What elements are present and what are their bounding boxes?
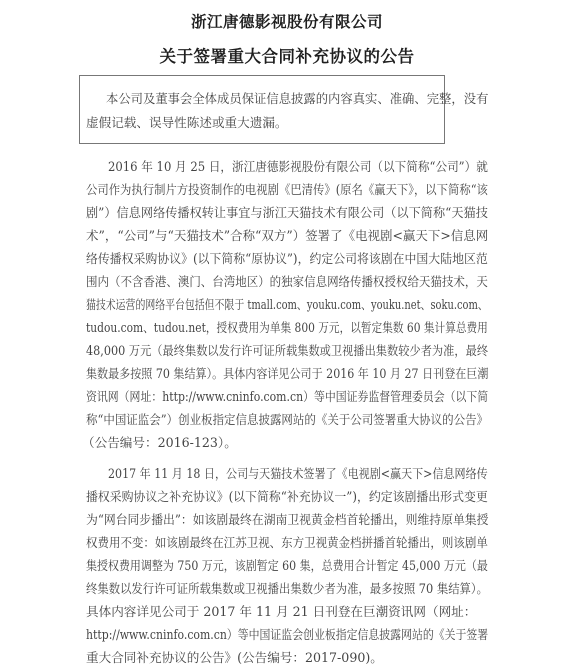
paragraph-2-line-2: 播权采购协议之补充协议》(以下简称“补充协议一”)，约定该剧播出形式变更	[86, 489, 488, 505]
paragraph-2-line-5: 集授权费用调整为 750 万元，该剧暂定 60 集，总费用合计暂定 45,000…	[86, 558, 488, 574]
paragraph-1-line-7: 猫技术运营的网络平台包括但不限于 tmall.com、youku.com、you…	[86, 297, 488, 313]
paragraph-1-line-8: tudou.com、tudou.net，授权费用为单集 800 万元，以暂定集数…	[86, 320, 488, 336]
company-title: 浙江唐德影视股份有限公司	[0, 10, 574, 32]
paragraph-1-line-2: 公司作为执行制片方投资制作的电视剧《巴清传》(原名《赢天下》，以下简称“该	[86, 182, 488, 198]
paragraph-2-line-1: 2017 年 11 月 18 日，公司与天猫技术签署了《电视剧<赢天下>信息网络…	[108, 466, 488, 482]
paragraph-2-line-9: 重大合同补充协议的公告》(公告编号：2017-090)。	[86, 650, 383, 666]
paragraph-1-line-11: 资讯网（网址：http://www.cninfo.com.cn）等中国证券监督管…	[86, 389, 488, 405]
paragraph-1-line-3: 剧”）信息网络传播权转让事宜与浙江天猫技术有限公司（以下简称“天猫技	[86, 205, 488, 221]
paragraph-2-line-7: 具体内容详见公司于 2017 年 11 月 21 日刊登在巨潮资讯网（网址：	[86, 604, 476, 620]
announcement-title: 关于签署重大合同补充协议的公告	[0, 43, 574, 67]
paragraph-2-line-4: 权费用不变：如该剧最终在江苏卫视、东方卫视黄金档拼播首轮播出，则该剧单	[86, 535, 488, 551]
paragraph-1-line-13: （公告编号：2016-123）。	[82, 435, 237, 451]
paragraph-2-line-6: 终集数以发行许可证所载集数或卫视播出集数少者为准，最多按照 70 集结算）。	[86, 581, 488, 597]
paragraph-1-line-1: 2016 年 10 月 25 日，浙江唐德影视股份有限公司（以下简称“公司”）就	[108, 159, 488, 175]
paragraph-1-line-9: 48,000 万元（最终集数以发行许可证所载集数或卫视播出集数较少者为准，最终	[86, 343, 488, 359]
paragraph-1-line-5: 络传播权采购协议》(以下简称“原协议”)，约定公司将该剧在中国大陆地区范	[86, 251, 488, 267]
paragraph-1-line-12: 称“中国证监会”）创业板指定信息披露网站的《关于公司签署重大协议的公告》	[86, 412, 488, 428]
paragraph-1-line-10: 集数最多按照 70 集结算）。具体内容详见公司于 2016 年 10 月 27 …	[86, 366, 488, 382]
disclaimer-box	[79, 75, 445, 144]
paragraph-1-line-6: 围内（不含香港、澳门、台湾地区）的独家信息网络传播权授权给天猫技术，天	[86, 274, 488, 290]
paragraph-2-line-3: 为“网台同步播出”：如该剧最终在湖南卫视黄金档首轮播出，则维持原单集授	[86, 512, 488, 528]
disclaimer-line-1: 本公司及董事会全体成员保证信息披露的内容真实、准确、完整，没有	[106, 91, 488, 107]
disclaimer-line-2: 虚假记载、误导性陈述或重大遗漏。	[86, 115, 288, 131]
paragraph-1-line-4: 术”，“公司”与“天猫技术”合称“双方”）签署了《电视剧<赢天下>信息网	[86, 228, 488, 244]
paragraph-2-line-8: http://www.cninfo.com.cn）等中国证监会创业板指定信息披露…	[86, 627, 488, 643]
